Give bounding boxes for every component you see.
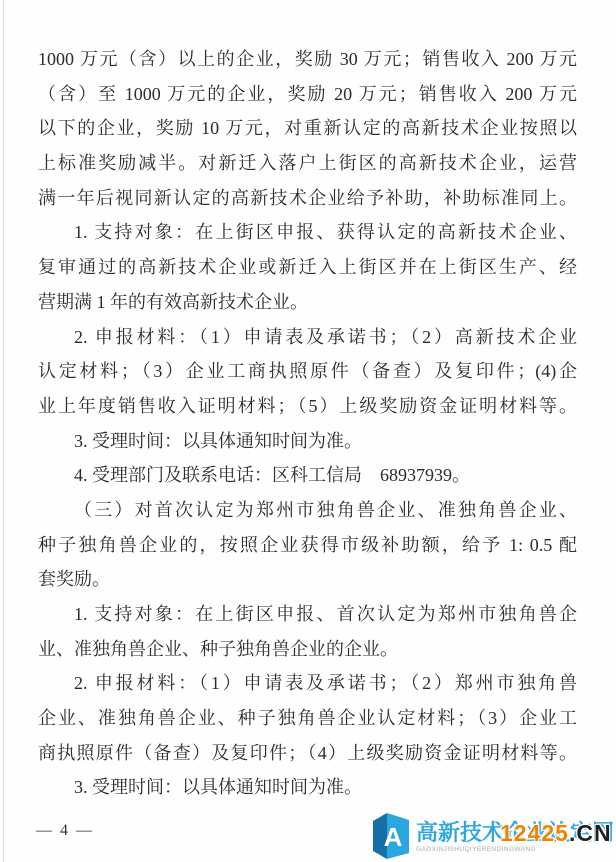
- text-line: 认定材料；（3）企业工商执照原件（备查）及复印件；(4)企: [38, 354, 577, 389]
- text-line: 套奖励。: [38, 562, 577, 597]
- text-line: 3. 受理时间：以具体通知时间为准。: [38, 770, 577, 805]
- text-line: 3. 受理时间：以具体通知时间为准。: [38, 424, 577, 459]
- document-page: 1000 万元（含）以上的企业，奖励 30 万元；销售收入 200 万元 （含）…: [0, 0, 616, 862]
- text-line: 复审通过的高新技术企业或新迁入上街区并在上街区生产、经: [38, 250, 577, 285]
- text-line: 种子独角兽企业的，按照企业获得市级补助额，给予 1: 0.5 配: [38, 528, 577, 563]
- page-number: — 4 —: [36, 822, 94, 840]
- site-logo-icon: A: [371, 813, 411, 859]
- text-line: 营期满 1 年的有效高新技术企业。: [38, 285, 577, 320]
- text-line: 业、准独角兽企业、种子独角兽企业的企业。: [38, 632, 577, 667]
- document-body: 1000 万元（含）以上的企业，奖励 30 万元；销售收入 200 万元 （含）…: [38, 42, 577, 805]
- site-pinyin-text: GAOXINJISHUQIYERENDINGWANG: [416, 846, 614, 853]
- text-line: 上标准奖励减半。对新迁入落户上街区的高新技术企业，运营: [38, 146, 577, 181]
- text-line: 1. 支持对象：在上街区申报、首次认定为郑州市独角兽企: [38, 597, 577, 632]
- text-line: 以下的企业，奖励 10 万元，对重新认定的高新技术企业按照以: [38, 111, 577, 146]
- site-logo-text: 高新技术企业认定网 12425.CN GAOXINJISHUQIYERENDIN…: [416, 819, 614, 853]
- site-watermark: A 高新技术企业认定网 12425.CN GAOXINJISHUQIYEREND…: [371, 811, 614, 861]
- text-line: 满一年后视同新认定的高新技术企业给予补助，补助标准同上。: [38, 181, 577, 216]
- text-line: 商执照原件（备查）及复印件；（4）上级奖励资金证明材料等。: [38, 736, 577, 771]
- text-line: 1000 万元（含）以上的企业，奖励 30 万元；销售收入 200 万元: [38, 42, 577, 77]
- text-line: （含）至 1000 万元的企业，奖励 20 万元；销售收入 200 万元: [38, 77, 577, 112]
- text-line: 4. 受理部门及联系电话：区科工信局 68937939。: [38, 458, 577, 493]
- svg-text:A: A: [384, 822, 403, 852]
- site-url-tld: .CN: [569, 820, 612, 846]
- site-url-overlay: 12425.CN: [500, 820, 612, 847]
- scan-edge-line: [3, 0, 4, 862]
- text-line: 1. 支持对象：在上街区申报、获得认定的高新技术企业、: [38, 215, 577, 250]
- site-url-number: 12425: [500, 820, 569, 846]
- text-line: 业上年度销售收入证明材料；（5）上级奖励资金证明材料等。: [38, 389, 577, 424]
- text-line: （三）对首次认定为郑州市独角兽企业、准独角兽企业、: [38, 493, 577, 528]
- text-line: 2. 申报材料：（1）申请表及承诺书；（2）郑州市独角兽: [38, 666, 577, 701]
- text-line: 企业、准独角兽企业、种子独角兽企业认定材料；（3）企业工: [38, 701, 577, 736]
- text-line: 2. 申报材料：（1）申请表及承诺书；（2）高新技术企业: [38, 320, 577, 355]
